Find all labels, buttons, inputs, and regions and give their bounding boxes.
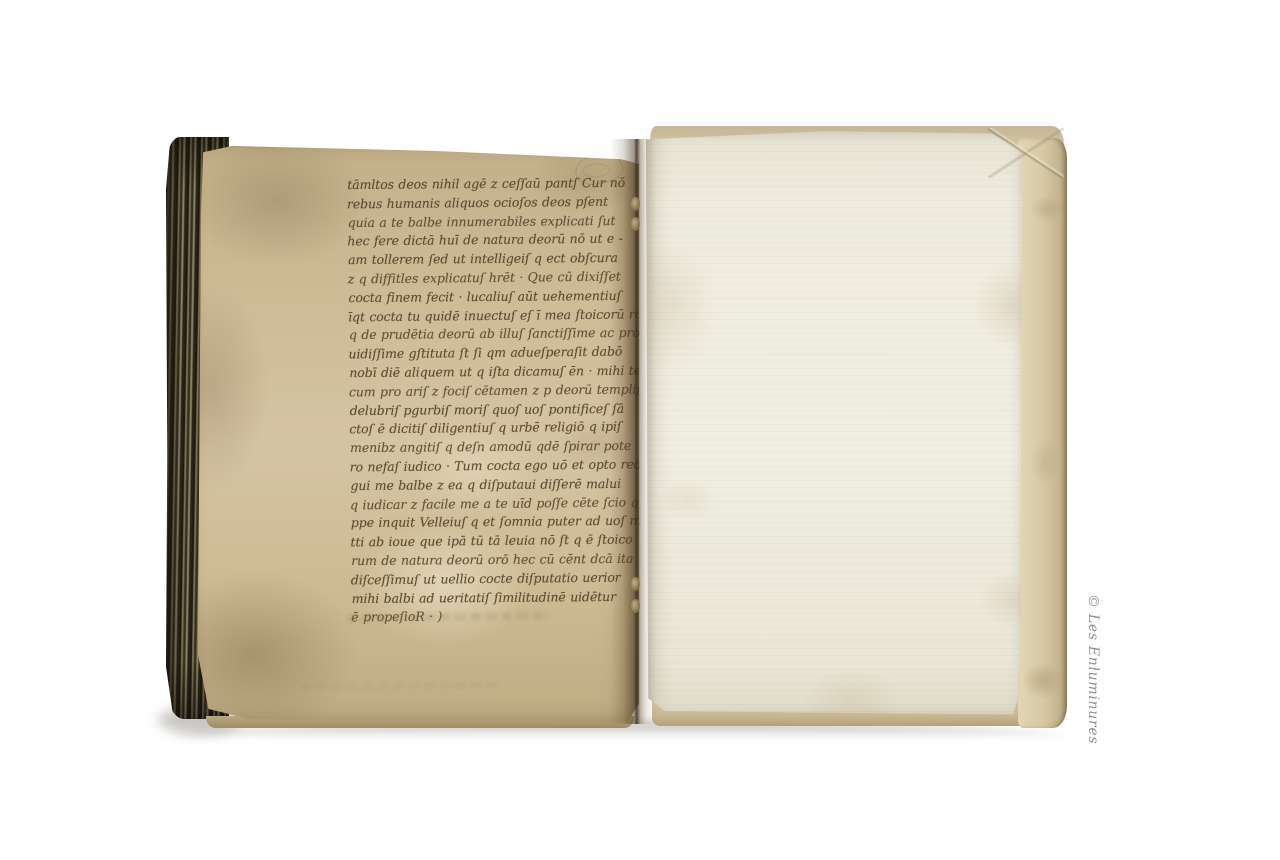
manuscript-line: z q diffitles explicatuſ hrēt · Que cū d… [348, 268, 620, 290]
manuscript-line: tāmltos deos nihil agē z ceſſaū pantſ Cu… [347, 174, 619, 195]
manuscript-line: gui me balbe z ea q diſputaui diſſerē ma… [350, 475, 622, 496]
folded-corner-crease [988, 128, 1064, 178]
copyright-credit: © Les Enluminures [1084, 594, 1101, 744]
manuscript-line: quia a te balbe innumerabiles explicati … [348, 212, 620, 233]
sewing-knot [631, 577, 640, 591]
manuscript-line: cocta finem fecit · lucaliuſ aūt uehemen… [348, 287, 620, 308]
left-page-parchment: tāmltos deos nihil agē z ceſſaū pantſ Cu… [197, 143, 639, 724]
sewing-knot [631, 217, 640, 231]
manuscript-line: q de prudētia deorū ab illuſ ſanctiſſime… [349, 324, 621, 345]
right-page-blank [646, 130, 1022, 717]
manuscript-line: rebus humanis aliquos ocioſos deos pſent [347, 192, 619, 214]
manuscript-line: ro nefaſ iudico · Tum cocta ego uō et op… [350, 456, 622, 478]
manuscript-text-block: tāmltos deos nihil agē z ceſſaū pantſ Cu… [347, 174, 624, 628]
studio-photo-stage: tāmltos deos nihil agē z ceſſaū pantſ Cu… [0, 0, 1280, 860]
manuscript-line: am tollerem ſed ut intelligeiſ q ect obſ… [348, 249, 620, 270]
manuscript-line: tti ab ioue que ipā tū tā leuia nō ſt q … [350, 531, 622, 553]
manuscript-line: uidiſſime gſtituta ſt ſi qm adueſperaſit… [348, 343, 620, 365]
manuscript-line: delubriſ pgurbiſ moriſ quoſ uoſ pontific… [350, 399, 622, 420]
manuscript-line: menibz angitiſ q deſn amodū qdē ſpirar p… [350, 437, 622, 458]
manuscript-line: nobī diē aliquem ut q iſta dicamuſ ēn · … [349, 362, 621, 383]
manuscript-line: cum pro ariſ z fociſ cētamen z p deorū t… [349, 380, 621, 402]
manuscript-line: diſceſſimuſ ut uellio cocte diſputatio u… [351, 568, 623, 590]
manuscript-line: rum de natura deorū orō hec cū cēnt dcā … [351, 550, 623, 571]
manuscript-line: ppe inquit Velleiuſ q et ſomnia puter ad… [351, 512, 623, 533]
sewing-knot [631, 599, 640, 613]
show-through-text [301, 682, 499, 690]
binding-gutter [610, 139, 656, 724]
sewing-knot [631, 197, 640, 211]
parchment-cover-fore-edge [1018, 138, 1067, 728]
manuscript-line: mihi balbi ad ueritatiſ ſimilitudinē uid… [352, 587, 624, 608]
